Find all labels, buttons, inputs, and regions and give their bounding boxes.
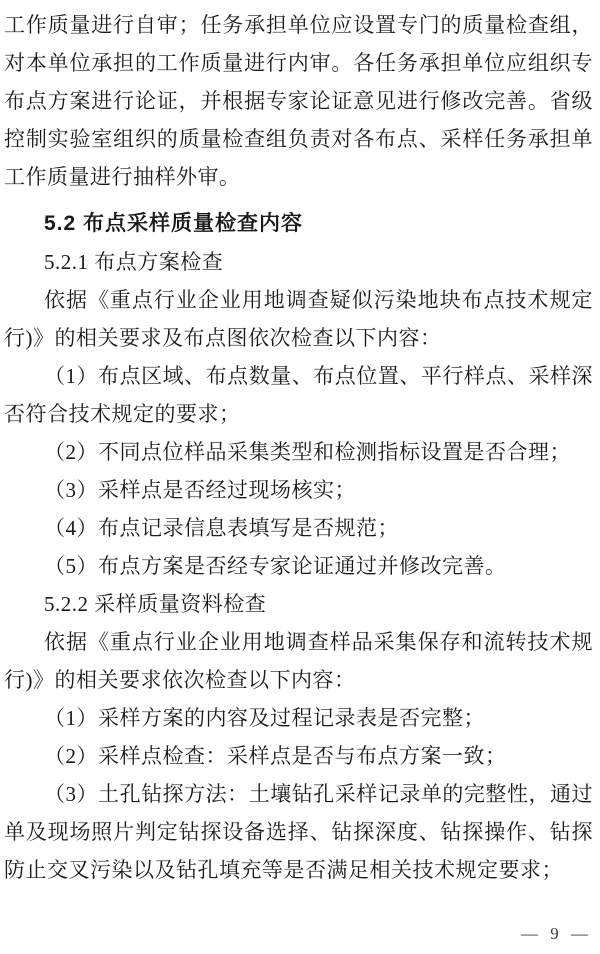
list-item: （3）土孔钻探方法：土壤钻孔采样记录单的完整性，通过记录 <box>4 775 593 813</box>
text-line: 工作质量进行抽样外审。 <box>4 158 593 196</box>
list-item: （2）不同点位样品采集类型和检测指标设置是否合理； <box>4 433 593 471</box>
list-item: （2）采样点检查：采样点是否与布点方案一致； <box>4 737 593 775</box>
text-line: 控制实验室组织的质量检查组负责对各布点、采样任务承担单位的 <box>4 120 593 158</box>
list-item: （4）布点记录信息表填写是否规范； <box>4 509 593 547</box>
section-heading-5-2-1: 5.2.1 布点方案检查 <box>4 243 593 281</box>
list-item: （5）布点方案是否经专家论证通过并修改完善。 <box>4 547 593 585</box>
section-heading-5-2-2: 5.2.2 采样质量资料检查 <box>4 585 593 623</box>
text-line: 行)》的相关要求依次检查以下内容： <box>4 661 593 699</box>
list-item-continuation: 防止交叉污染以及钻孔填充等是否满足相关技术规定要求； <box>4 851 593 889</box>
list-item: （1）采样方案的内容及过程记录表是否完整； <box>4 699 593 737</box>
section-heading-5-2: 5.2 布点采样质量检查内容 <box>4 205 593 243</box>
list-item: （1）布点区域、布点数量、布点位置、平行样点、采样深度是 <box>4 357 593 395</box>
page-number: — 9 — <box>521 922 592 946</box>
text-line: 依据《重点行业企业用地调查疑似污染地块布点技术规定（试 <box>4 281 593 319</box>
text-line: 布点方案进行论证，并根据专家论证意见进行修改完善。省级质量 <box>4 82 593 120</box>
list-item-continuation: 否符合技术规定的要求； <box>4 395 593 433</box>
text-line: 行)》的相关要求及布点图依次检查以下内容： <box>4 319 593 357</box>
list-item: （3）采样点是否经过现场核实； <box>4 471 593 509</box>
list-item-continuation: 单及现场照片判定钻探设备选择、钻探深度、钻探操作、钻探过程 <box>4 813 593 851</box>
document-page: 工作质量进行自审；任务承担单位应设置专门的质量检查组，负责 对本单位承担的工作质… <box>0 0 600 954</box>
text-line: 对本单位承担的工作质量进行内审。各任务承担单位应组织专家对 <box>4 44 593 82</box>
text-line: 依据《重点行业企业用地调查样品采集保存和流转技术规定（试 <box>4 623 593 661</box>
text-line: 工作质量进行自审；任务承担单位应设置专门的质量检查组，负责 <box>4 6 593 44</box>
